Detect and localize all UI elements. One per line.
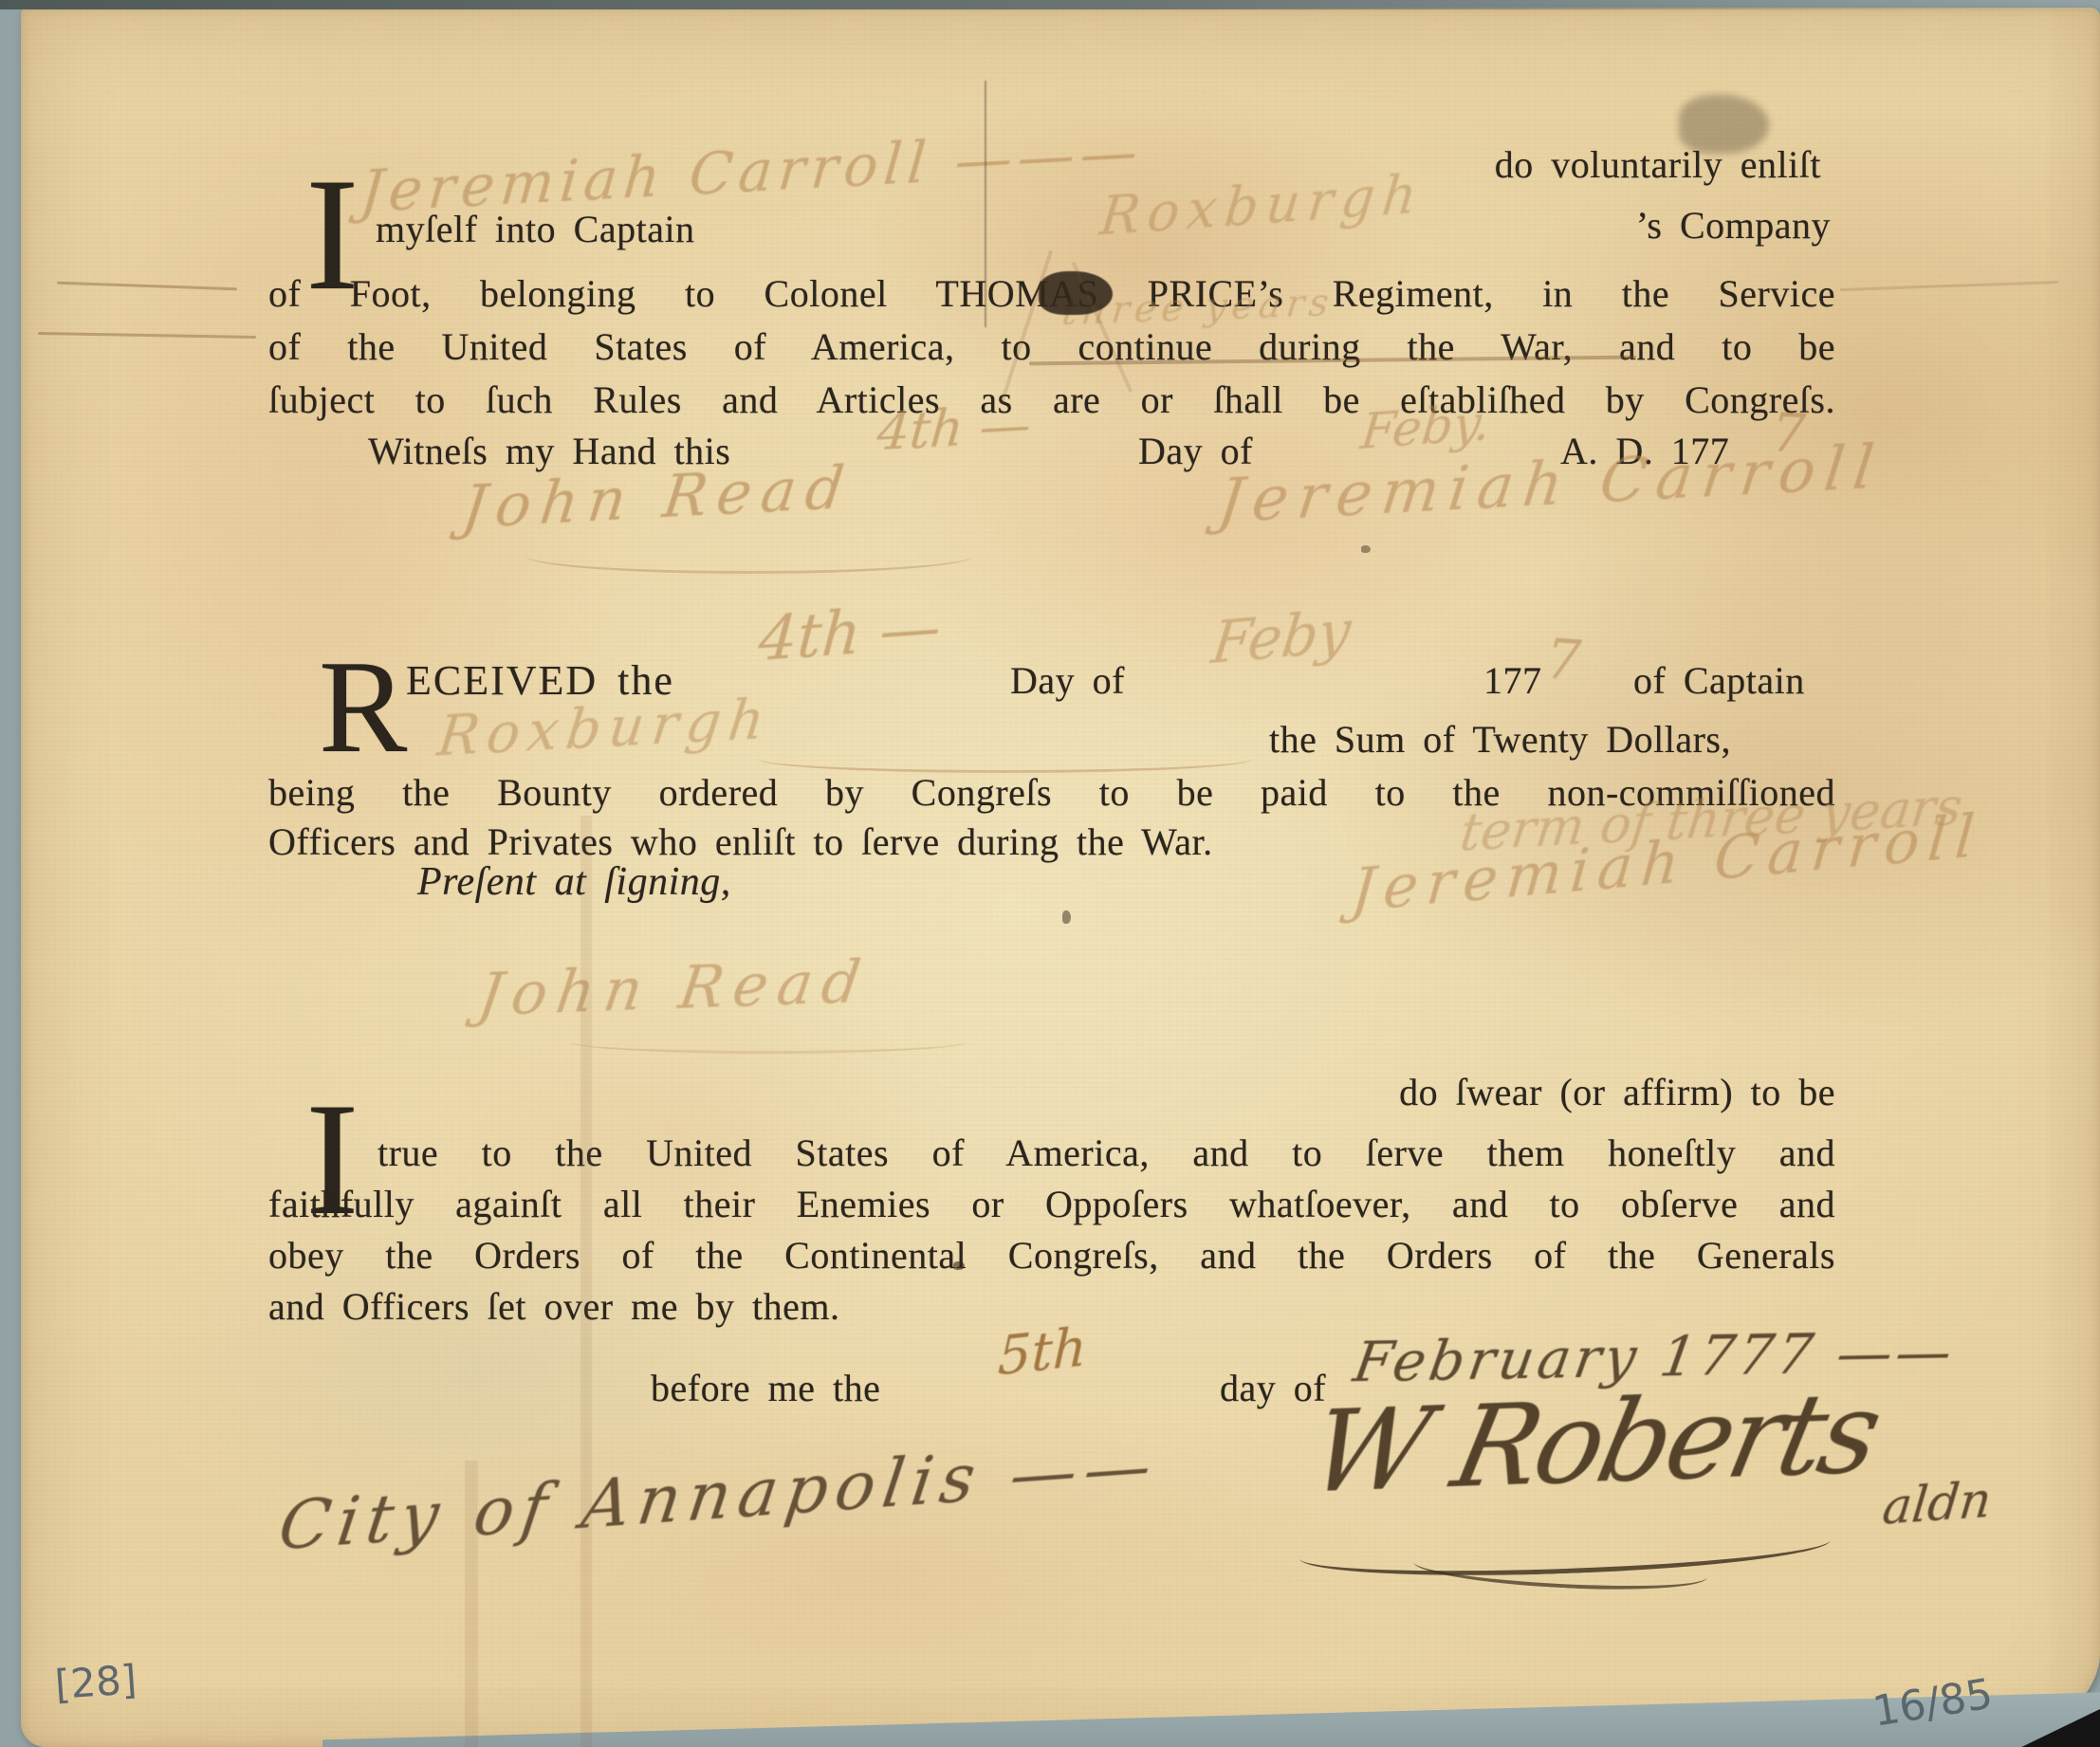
signature-underline-2 [569, 1030, 967, 1054]
oath-line1-right: do ſwear (or affirm) to be [1309, 1070, 1835, 1114]
receipt-line4: Officers and Privates who enliſt to ſerv… [268, 819, 1213, 864]
fold-crease-top [985, 81, 986, 327]
receipt-year-label: 177 [1483, 658, 1542, 703]
pencil-archive-number-left: [28] [53, 1656, 138, 1708]
oath-day-of-label: day of [1220, 1366, 1326, 1410]
fold-band-center [580, 816, 592, 1747]
receipt-sum-line: the Sum of Twenty Dollars, [1269, 717, 1731, 762]
signature-roberts-title: aldn [1880, 1472, 1995, 1537]
oath-line3: faithfully againſt all their Enemies or … [268, 1182, 1835, 1226]
signature-john-read-2: John Read [474, 946, 875, 1029]
handwritten-oath-day: 5th [997, 1316, 1088, 1388]
fold-band-bottom-left [465, 1461, 478, 1747]
ink-speck-1 [953, 1261, 965, 1270]
present-at-signing-label: Preſent at ſigning, [417, 859, 731, 905]
ink-smudge-top-right [1679, 95, 1769, 154]
handwritten-witness-day: 4th — [875, 394, 1033, 462]
scanned-document: I Jeremiah Carroll ——— do voluntarily en… [0, 0, 2100, 1747]
receipt-blank-rule [759, 745, 1252, 773]
before-me-label: before me the [651, 1366, 880, 1410]
ink-speck-3 [1361, 545, 1371, 553]
handwritten-receipt-year-digit: 7 [1544, 626, 1584, 692]
ink-speck-2 [1062, 910, 1071, 924]
enlist-line2-left: myſelf into Captain [376, 207, 695, 251]
enlist-line2-right: ’s Company [1413, 203, 1831, 248]
oath-line5: and Officers ſet over me by them. [268, 1284, 839, 1329]
backing-top-strip [0, 0, 2100, 9]
receipt-of-captain-label: of Captain [1633, 658, 1805, 703]
signature-underline-1 [526, 539, 972, 574]
handwritten-witness-month: Feby. [1358, 395, 1493, 461]
signature-w-roberts: W Roberts [1299, 1367, 1889, 1518]
handwritten-receipt-day: 4th — [756, 592, 943, 675]
receipt-day-of-label: Day of [1010, 658, 1125, 703]
handwritten-receipt-month: Feby [1208, 598, 1354, 678]
oath-line4: obey the Orders of the Continental Congr… [268, 1233, 1835, 1278]
enlist-line5: ſubject to ſuch Rules and Articles as ar… [268, 377, 1835, 422]
oath-line2: true to the United States of America, an… [378, 1131, 1835, 1175]
receipt-dropcap: R [319, 654, 407, 761]
ink-blot-large [1039, 271, 1113, 315]
